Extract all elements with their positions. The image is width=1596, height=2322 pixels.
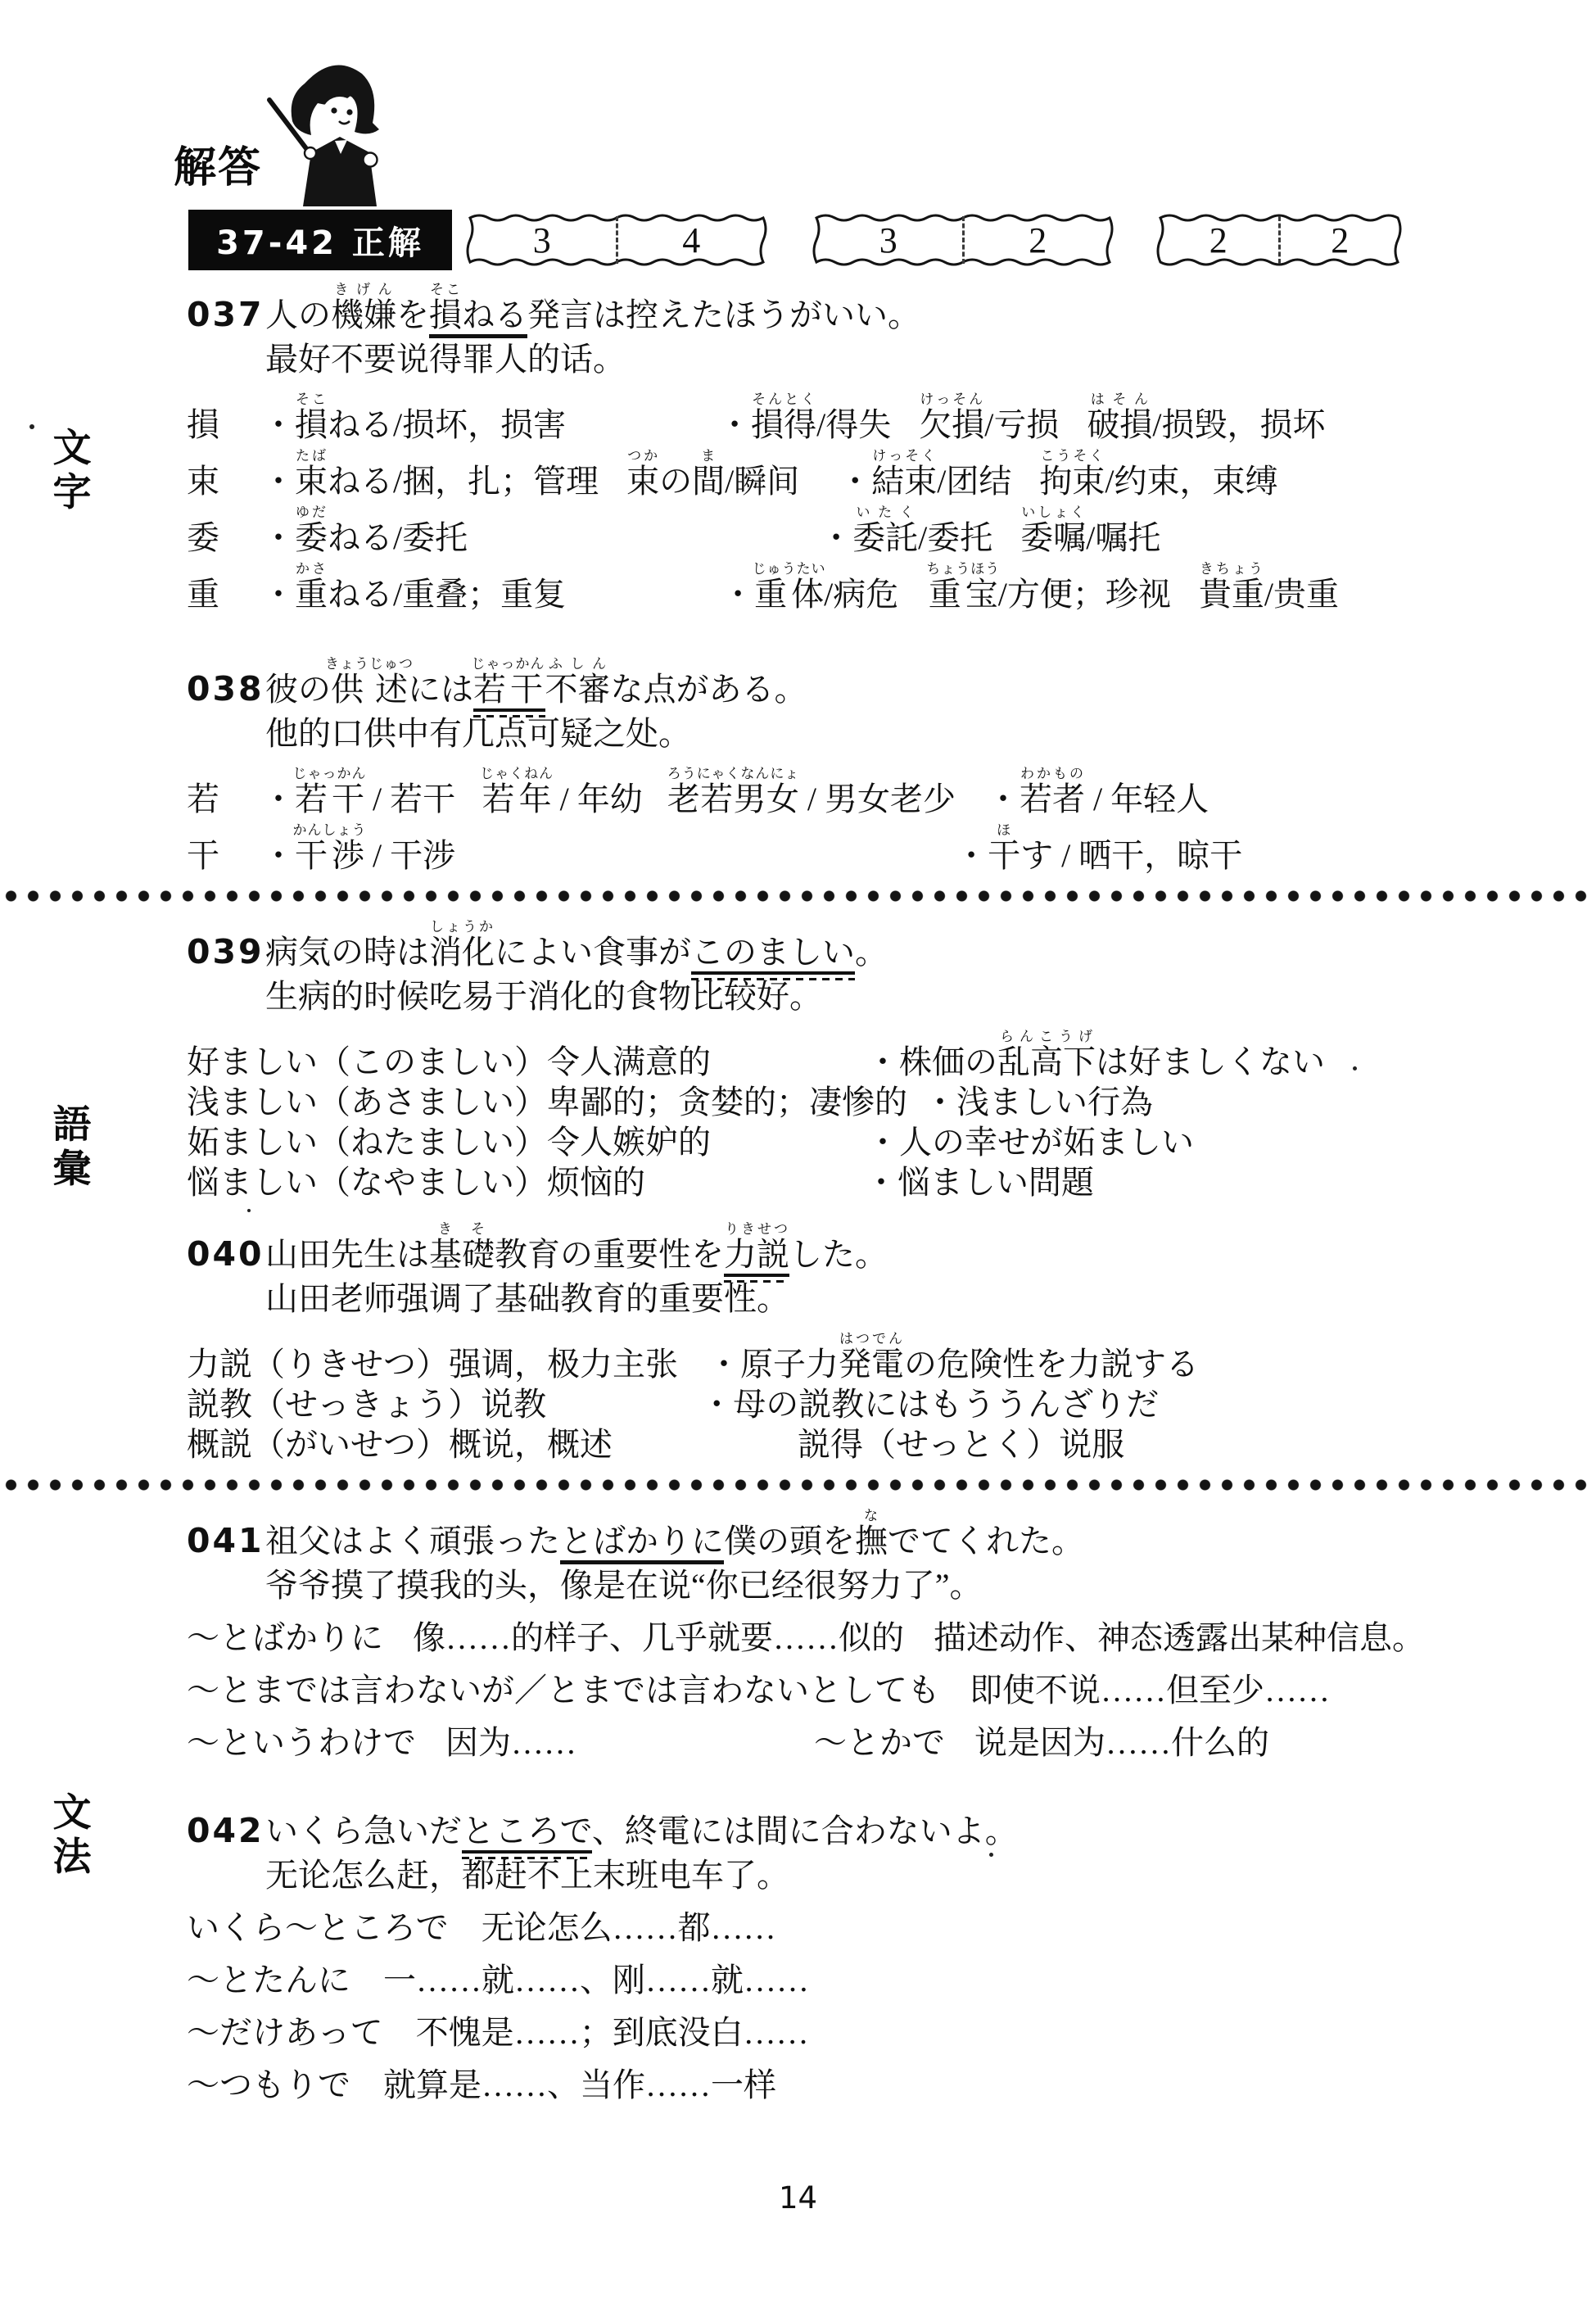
column-gap [455, 865, 955, 867]
answer-range-badge: 37-42 正解 [188, 210, 452, 270]
margin-tab-bunpo: 文法 [51, 1792, 93, 1880]
question-section-037: 037人の機嫌きげんを損そこねる発言は控えたほうがいい。最好不要说得罪人的话。損… [187, 282, 1464, 612]
chinese-translation: 无论怎么赶，都赶不上末班电车了。 [265, 1858, 1464, 1893]
entry-row: 重・重かさねる/重叠；重复・重体じゅうたい/病危重宝ちょうほう/方便；珍视貴重き… [187, 561, 1464, 612]
entry-row: 損・損そこねる/损坏，损害・損得そんとく/得失欠損けっそん/亏损破損はそん/损毁… [187, 392, 1464, 442]
text-segment: ・人の幸せが妬ましい [866, 1124, 1194, 1161]
entry-row: いくら～ところで无论怎么……都…… [187, 1911, 1464, 1945]
text-segment: によい食事が [495, 934, 691, 971]
column-gap [546, 1414, 700, 1415]
text-segment: 僕の頭を [724, 1523, 855, 1559]
text-segment: 、終電には間に合わないよ。 [592, 1813, 1018, 1849]
column-gap [350, 2094, 383, 2096]
scan-speck [989, 1853, 993, 1857]
text-segment: を [396, 296, 429, 333]
margin-tab-moji: 文字 [51, 428, 93, 515]
entry-row: 干・干渉かんしょう / 干涉・干ほす / 晒干，晾干 [187, 822, 1464, 873]
text-segment: このましい [691, 934, 855, 980]
column-gap [907, 1111, 924, 1113]
text-segment: /方便；珍视 [998, 576, 1171, 613]
column-gap [468, 547, 820, 549]
furigana-text: 貴重きちょう [1199, 576, 1264, 613]
answer-box: 34 [463, 211, 770, 269]
furigana-text: 若干じゃっかん [473, 671, 545, 717]
text-segment: ねる [462, 296, 527, 338]
text-segment: ～というわけで [187, 1724, 416, 1761]
question-line: 040山田先生は基礎きそ教育の重要性を力説りきせつした。 [187, 1221, 1464, 1274]
question-text: 彼の供述きょうじゅつには若干じゃっかん不審ふしんな点がある。 [265, 656, 807, 707]
text-segment: ・母の説教にはもううんざりだ [700, 1386, 1159, 1423]
text-segment: /嘱托 [1086, 519, 1160, 556]
text-segment: とばかりに [560, 1523, 724, 1564]
text-segment: 若 [187, 781, 219, 817]
entry-row: 悩ましい（なやましい）烦恼的・悩ましい問題 [187, 1166, 1464, 1200]
text-segment: ・ [721, 576, 754, 613]
scan-speck [247, 1209, 251, 1212]
answer-value: 3 [815, 216, 962, 264]
question-line: 037人の機嫌きげんを損そこねる発言は控えたほうがいい。 [187, 282, 1464, 334]
text-segment: 不愧是……；到底没白…… [416, 2014, 809, 2051]
dotted-divider [0, 1478, 1596, 1491]
text-segment: ねる/重叠；重复 [328, 576, 566, 613]
question-line: 042いくら急いだところで、終電には間に合わないよ。 [187, 1811, 1464, 1850]
text-segment: の危険性を力説する [904, 1346, 1199, 1383]
text-segment: 概説（がいせつ）概说，概述 [187, 1426, 613, 1463]
text-segment: ・ [262, 781, 295, 817]
text-segment: 妬ましい（ねたましい）令人嫉妒的 [187, 1124, 711, 1161]
scan-speck [29, 424, 34, 429]
text-segment: ・ [718, 406, 751, 443]
text-segment: 。 [855, 934, 888, 971]
text-segment: 山田先生は [265, 1236, 429, 1273]
text-segment: 一……就……、刚……就…… [383, 1962, 809, 1998]
text-segment: ～だけあって [187, 2014, 383, 2051]
chinese-translation: 山田老师强调了基础教育的重要性。 [265, 1282, 1464, 1316]
text-segment: 病気の時は [265, 934, 429, 971]
column-gap [449, 1937, 482, 1939]
question-line: 039病気の時は消化しょうかによい食事がこのましい。 [187, 919, 1464, 971]
column-gap [1011, 491, 1039, 492]
text-segment: ・ [987, 781, 1020, 817]
furigana-text: 若年じゃくねん [480, 781, 552, 817]
column-gap [711, 1152, 866, 1153]
column-gap [566, 604, 721, 605]
text-segment: 損 [187, 406, 219, 443]
text-segment: 彼の [265, 671, 331, 708]
furigana-text: 損得そんとく [751, 406, 816, 443]
furigana-text: 間ま [692, 463, 725, 500]
teacher-girl-illustration [264, 51, 388, 206]
furigana-text: 機嫌きげん [331, 296, 396, 333]
entry-row: ～とたんに一……就……、刚……就…… [187, 1963, 1464, 1998]
question-number: 037 [187, 295, 265, 334]
text-segment: ・ [820, 519, 852, 556]
text-segment: 就算是……、当作……一样 [383, 2066, 776, 2103]
furigana-text: 老若男女ろうにゃくなんにょ [667, 781, 799, 817]
column-gap [992, 547, 1020, 549]
furigana-text: 発電はつでん [839, 1346, 904, 1383]
text-segment: した。 [789, 1236, 888, 1273]
entry-row: ～とばかりに像……的样子、几乎就要……似的描述动作、神态透露出某种信息。 [187, 1621, 1464, 1655]
column-gap [898, 604, 926, 605]
column-gap [383, 1647, 413, 1649]
question-number: 042 [187, 1811, 265, 1850]
question-section-038: 038彼の供述きょうじゅつには若干じゃっかん不審ふしんな点がある。他的口供中有几… [187, 656, 1464, 873]
column-gap [350, 1989, 383, 1991]
entry-row: 力説（りきせつ）强调，极力主张・原子力発電はつでんの危険性を力説する [187, 1331, 1464, 1382]
text-segment: 即使不说……但至少…… [970, 1672, 1330, 1709]
furigana-text: 結束けっそく [871, 463, 937, 500]
chinese-translation: 生病的时候吃易于消化的食物比较好。 [265, 980, 1464, 1014]
entry-row: 若・若干じゃっかん / 若干若年じゃくねん / 年幼老若男女ろうにゃくなんにょ … [187, 766, 1464, 817]
furigana-text: 消化しょうか [429, 934, 495, 971]
text-segment: /团结 [937, 463, 1011, 500]
text-segment: / 年轻人 [1085, 781, 1209, 817]
text-segment: ～つもりで [187, 2066, 350, 2103]
furigana-text: 委嘱いしょく [1020, 519, 1086, 556]
answer-value: 2 [1159, 216, 1278, 264]
text-segment: ～とばかりに [187, 1619, 383, 1656]
text-segment: /亏损 [984, 406, 1059, 443]
question-line: 038彼の供述きょうじゅつには若干じゃっかん不審ふしんな点がある。 [187, 656, 1464, 708]
text-segment: 委 [187, 519, 219, 556]
text-segment: 像……的样子、几乎就要……似的 [413, 1619, 904, 1656]
text-segment: の [659, 463, 692, 500]
furigana-text: 委ゆだ [295, 519, 328, 556]
entry-row: 束・束たばねる/捆，扎；管理束つかの間ま/瞬间・結束けっそく/团结拘束こうそく/… [187, 448, 1464, 499]
column-gap [455, 808, 480, 810]
text-segment: / 若干 [364, 781, 455, 817]
text-segment: には [408, 671, 473, 708]
entry-row: 妬ましい（ねたましい）令人嫉妒的・人の幸せが妬ましい [187, 1125, 1464, 1160]
text-segment: /病危 [824, 576, 898, 613]
text-segment: 干 [187, 837, 219, 874]
answer-value: 2 [1278, 216, 1400, 264]
text-segment: ・ [262, 519, 295, 556]
furigana-text: 基礎きそ [429, 1236, 495, 1273]
answer-value: 4 [616, 216, 766, 264]
column-gap [219, 547, 262, 549]
text-segment: 因为…… [445, 1724, 576, 1761]
text-segment: 説教（せっきょう）说教 [187, 1386, 546, 1423]
text-segment: ～とかで [814, 1724, 945, 1761]
column-gap [891, 434, 919, 436]
text-segment: す / 晒干，晾干 [1020, 837, 1242, 874]
answer-cells: 34 [468, 216, 765, 264]
entry-row: ～というわけで因为……～とかで说是因为……什么的 [187, 1726, 1464, 1760]
entry-row: ～だけあって不愧是……；到底没白…… [187, 2016, 1464, 2050]
entry-row: 説教（せっきょう）说教・母の説教にはもううんざりだ [187, 1387, 1464, 1422]
text-segment: 描述动作、神态透露出某种信息。 [934, 1619, 1425, 1656]
column-gap [219, 808, 262, 810]
answer-explanations: 037人の機嫌きげんを損そこねる発言は控えたほうがいい。最好不要说得罪人的话。損… [187, 282, 1464, 2102]
column-gap [599, 491, 626, 492]
furigana-text: 撫な [855, 1523, 888, 1559]
column-gap [940, 1700, 970, 1701]
text-segment: 悩ましい（なやましい）烦恼的 [187, 1164, 645, 1201]
text-segment: ところで [462, 1813, 592, 1859]
text-segment: /约束，束缚 [1105, 463, 1277, 500]
page-number: 14 [0, 2180, 1596, 2216]
furigana-text: 拘束こうそく [1039, 463, 1105, 500]
text-segment: でてくれた。 [888, 1523, 1084, 1559]
text-segment: ・ [839, 463, 871, 500]
text-segment: な点がある。 [611, 671, 807, 708]
entry-row: ～とまでは言わないが／とまでは言わないとしても即使不说……但至少…… [187, 1673, 1464, 1708]
question-section-039: 039病気の時は消化しょうかによい食事がこのましい。生病的时候吃易于消化的食物比… [187, 919, 1464, 1200]
text-segment: /得失 [816, 406, 891, 443]
column-gap [904, 1647, 934, 1649]
column-gap [416, 1752, 445, 1754]
column-gap [645, 1192, 865, 1193]
chinese-translation: 最好不要说得罪人的话。 [265, 342, 1464, 377]
text-segment: 教育の重要性を [495, 1236, 724, 1273]
column-gap [219, 491, 262, 492]
text-segment: ねる/损坏，损害 [328, 406, 566, 443]
text-segment: / 年幼 [552, 781, 643, 817]
answer-value: 3 [468, 216, 616, 264]
furigana-text: 力説りきせつ [724, 1236, 789, 1283]
furigana-text: 破損はそん [1087, 406, 1152, 443]
column-gap [219, 865, 262, 867]
answer-cells: 32 [815, 216, 1111, 264]
question-section-040: 040山田先生は基礎きそ教育の重要性を力説りきせつした。山田老师强调了基础教育的… [187, 1221, 1464, 1462]
text-segment: 浅ましい（あさましい）卑鄙的；贪婪的；凄惨的 [187, 1084, 907, 1120]
text-segment: ・原子力 [708, 1346, 839, 1383]
furigana-text: 若者わかもの [1020, 781, 1085, 817]
text-segment: 力説（りきせつ）强调，极力主张 [187, 1346, 678, 1383]
entry-row: 委・委ゆだねる/委托・委託いたく/委托委嘱いしょく/嘱托 [187, 505, 1464, 555]
furigana-text: 供述きょうじゅつ [331, 671, 408, 708]
furigana-text: 重かさ [295, 576, 328, 613]
column-gap [956, 808, 987, 810]
column-gap [613, 1454, 798, 1455]
question-section-042: 042いくら急いだところで、終電には間に合わないよ。无论怎么赶，都赶不上末班电车… [187, 1811, 1464, 2102]
furigana-text: 束たば [295, 463, 328, 500]
column-gap [576, 1752, 814, 1754]
text-segment: ・ [262, 576, 295, 613]
column-gap [1059, 434, 1087, 436]
answer-box: 22 [1154, 211, 1404, 269]
question-section-041: 041祖父はよく頑張ったとばかりに僕の頭を撫なでてくれた。爷爷摸了摸我的头，像是… [187, 1508, 1464, 1760]
question-number: 038 [187, 669, 265, 708]
furigana-text: 損そこ [429, 296, 462, 338]
text-segment: ねる/委托 [328, 519, 468, 556]
text-segment: 说是因为……什么的 [974, 1724, 1269, 1761]
question-text: いくら急いだところで、終電には間に合わないよ。 [265, 1814, 1018, 1849]
question-number: 040 [187, 1234, 265, 1274]
column-gap [945, 1752, 974, 1754]
furigana-text: 重宝ちょうほう [926, 576, 998, 613]
text-segment: /委托 [918, 519, 992, 556]
text-segment: / 男女老少 [799, 781, 956, 817]
text-segment: いくら～ところで [187, 1909, 449, 1946]
furigana-text: 委託いたく [852, 519, 918, 556]
column-gap [566, 434, 718, 436]
text-segment: 発言は控えたほうがいい。 [527, 296, 920, 333]
column-gap [219, 604, 262, 605]
furigana-text: 乱高下らんこうげ [997, 1043, 1096, 1080]
text-segment: 祖父はよく頑張った [265, 1523, 560, 1559]
furigana-text: 欠損けっそん [919, 406, 984, 443]
text-segment: 束 [187, 463, 219, 500]
text-segment: ・浅ましい行為 [924, 1084, 1153, 1120]
furigana-text: 不審ふしん [545, 671, 611, 708]
answer-value: 2 [962, 216, 1112, 264]
question-line: 041祖父はよく頑張ったとばかりに僕の頭を撫なでてくれた。 [187, 1508, 1464, 1560]
furigana-text: 干渉かんしょう [295, 837, 364, 874]
question-text: 人の機嫌きげんを損そこねる発言は控えたほうがいい。 [265, 282, 920, 333]
text-segment: ・ [955, 837, 988, 874]
chinese-translation: 他的口供中有几点可疑之处。 [265, 717, 1464, 751]
text-segment: ～とまでは言わないが／とまでは言わないとしても [187, 1672, 940, 1709]
question-text: 病気の時は消化しょうかによい食事がこのましい。 [265, 919, 888, 970]
scan-speck [1353, 1066, 1357, 1070]
question-number: 041 [187, 1521, 265, 1560]
entry-row: 概説（がいせつ）概说，概述説得（せっとく）说服 [187, 1428, 1464, 1462]
text-segment: 説得（せっとく）说服 [798, 1426, 1124, 1463]
column-gap [1171, 604, 1199, 605]
text-segment: ・悩ましい問題 [865, 1164, 1094, 1201]
text-segment: ・ [262, 406, 295, 443]
text-segment: /损毁，损坏 [1152, 406, 1325, 443]
text-segment: /瞬间 [725, 463, 799, 500]
text-segment: ・ [262, 837, 295, 874]
column-gap [643, 808, 667, 810]
margin-tab-goi: 語彙 [51, 1104, 93, 1192]
entry-row: ～つもりで就算是……、当作……一样 [187, 2068, 1464, 2102]
answer-section-heading: 解答 [174, 133, 262, 194]
column-gap [383, 2042, 416, 2044]
text-segment: ・株価の [866, 1043, 997, 1080]
text-segment: /贵重 [1264, 576, 1339, 613]
column-gap [711, 1071, 866, 1073]
column-gap [799, 491, 839, 492]
chinese-translation: 爷爷摸了摸我的头，像是在说“你已经很努力了”。 [265, 1568, 1464, 1603]
dotted-divider [0, 889, 1596, 903]
furigana-text: 束つか [626, 463, 659, 500]
furigana-text: 重体じゅうたい [754, 576, 824, 613]
text-segment: ・ [262, 463, 295, 500]
text-segment: いくら急いだ [265, 1813, 462, 1849]
text-segment: 人の [265, 296, 331, 333]
question-text: 祖父はよく頑張ったとばかりに僕の頭を撫なでてくれた。 [265, 1508, 1084, 1559]
text-segment: / 干涉 [364, 837, 455, 874]
text-segment: は好ましくない [1096, 1043, 1325, 1080]
answer-box: 32 [810, 211, 1116, 269]
column-gap [678, 1374, 708, 1375]
question-number: 039 [187, 932, 265, 971]
furigana-text: 損そこ [295, 406, 328, 443]
entry-row: 浅ましい（あさましい）卑鄙的；贪婪的；凄惨的・浅ましい行為 [187, 1085, 1464, 1120]
text-segment: ねる/捆，扎；管理 [328, 463, 599, 500]
furigana-text: 若干じゃっかん [295, 781, 364, 817]
answer-cells: 22 [1159, 216, 1399, 264]
text-segment: 好ましい（このましい）令人满意的 [187, 1043, 711, 1080]
entry-row: 好ましい（このましい）令人满意的・株価の乱高下らんこうげは好ましくない [187, 1029, 1464, 1080]
column-gap [219, 434, 262, 436]
question-text: 山田先生は基礎きそ教育の重要性を力説りきせつした。 [265, 1221, 888, 1272]
scanned-textbook-page: 解答 37-42 正解 343222 文字 語彙 文法 037人の機嫌きげんを損… [0, 0, 1596, 2322]
furigana-text: 干ほ [988, 837, 1020, 874]
text-segment: 重 [187, 576, 219, 613]
text-segment: 无论怎么……都…… [482, 1909, 776, 1946]
text-segment: ～とたんに [187, 1962, 350, 1998]
